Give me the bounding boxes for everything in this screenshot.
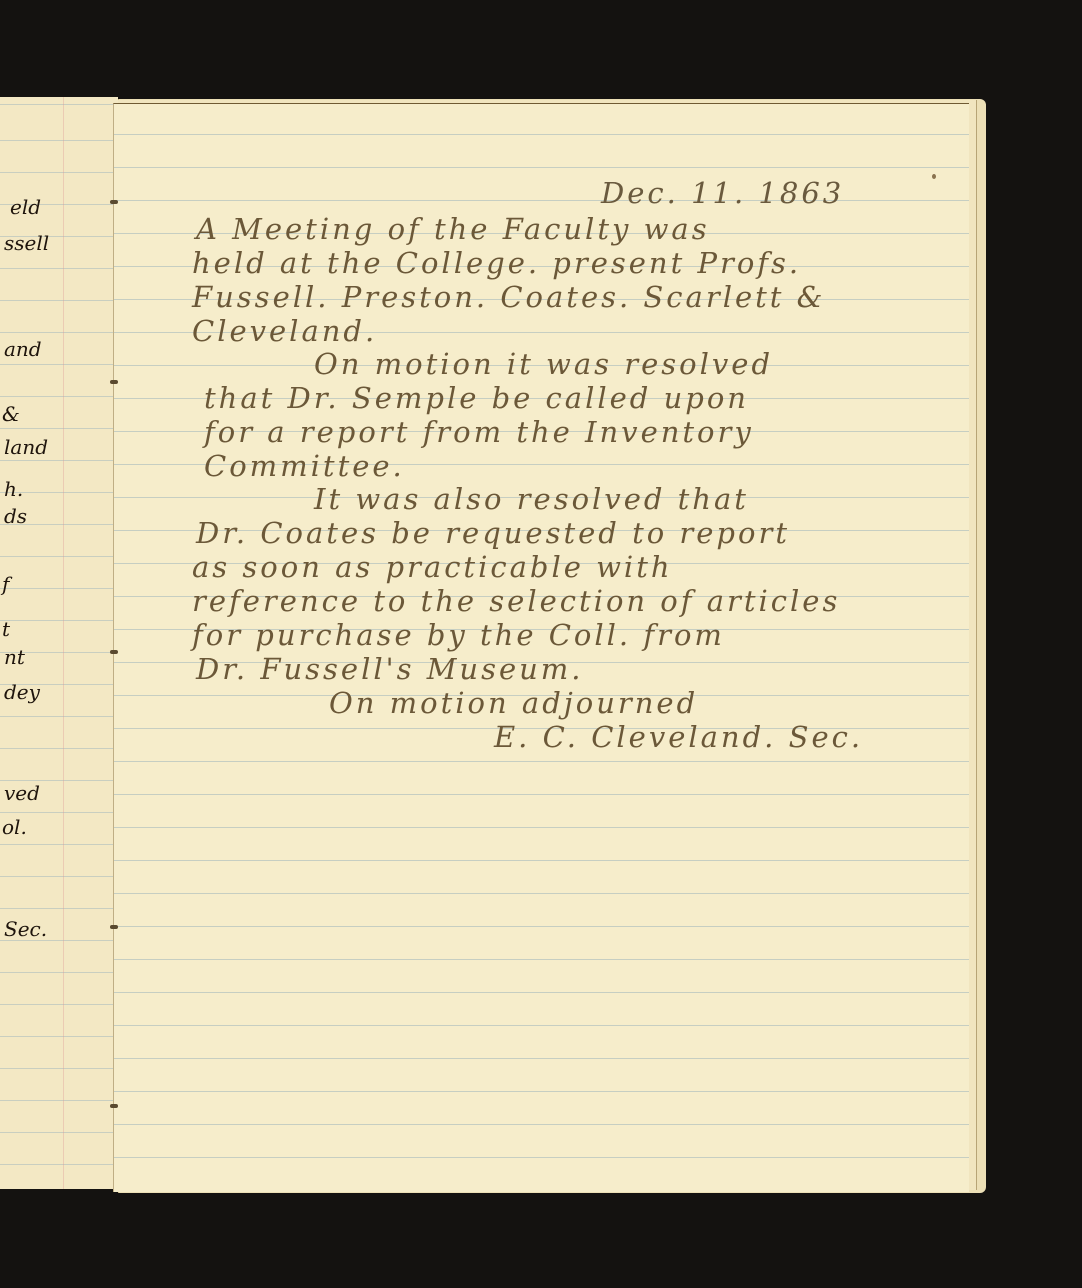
- left-fragment: Sec.: [4, 917, 47, 941]
- minutes-line: reference to the selection of articles: [192, 584, 840, 618]
- binding-stitch: [110, 200, 118, 204]
- left-fragment: t: [2, 617, 10, 641]
- minutes-line: held at the College. present Profs.: [192, 246, 801, 280]
- secretary-signature: E. C. Cleveland. Sec.: [494, 720, 863, 754]
- left-fragment: &: [2, 402, 20, 426]
- left-fragment: f: [2, 572, 9, 596]
- left-fragment: and: [4, 337, 42, 361]
- binding-stitch: [110, 925, 118, 929]
- binding-stitch: [110, 650, 118, 654]
- minutes-line: as soon as practicable with: [192, 550, 673, 584]
- minutes-line: for purchase by the Coll. from: [192, 618, 725, 652]
- minutes-line: It was also resolved that: [314, 482, 749, 516]
- left-fragment: dey: [4, 680, 40, 704]
- minutes-line: On motion it was resolved: [314, 347, 773, 381]
- minutes-line: Cleveland.: [192, 314, 377, 348]
- minutes-line: On motion adjourned: [329, 686, 698, 720]
- minutes-line: A Meeting of the Faculty was: [196, 212, 710, 246]
- left-page: eld ssell and & land h. ds f t nt dey ve…: [0, 97, 118, 1189]
- left-fragment: h.: [4, 477, 23, 501]
- minutes-line: that Dr. Semple be called upon: [204, 381, 749, 415]
- margin-line: [63, 97, 64, 1189]
- left-fragment: ved: [4, 781, 40, 805]
- minutes-line: for a report from the Inventory: [204, 415, 754, 449]
- binding-stitch: [110, 380, 118, 384]
- minutes-line: Committee.: [204, 449, 405, 483]
- entry-date: Dec. 11. 1863: [601, 176, 844, 210]
- paper-speck: [932, 174, 936, 179]
- right-page: Dec. 11. 1863 A Meeting of the Faculty w…: [113, 103, 969, 1192]
- minutes-line: Dr. Fussell's Museum.: [196, 652, 584, 686]
- minutes-line: Fussell. Preston. Coates. Scarlett &: [192, 280, 825, 314]
- minutes-line: Dr. Coates be requested to report: [196, 516, 790, 550]
- left-fragment: ol.: [2, 815, 27, 839]
- left-fragment: nt: [4, 645, 25, 669]
- left-fragment: ssell: [4, 231, 49, 255]
- left-fragment: ds: [4, 504, 27, 528]
- binding-stitch: [110, 1104, 118, 1108]
- left-fragment: land: [4, 435, 48, 459]
- left-fragment: eld: [10, 195, 41, 219]
